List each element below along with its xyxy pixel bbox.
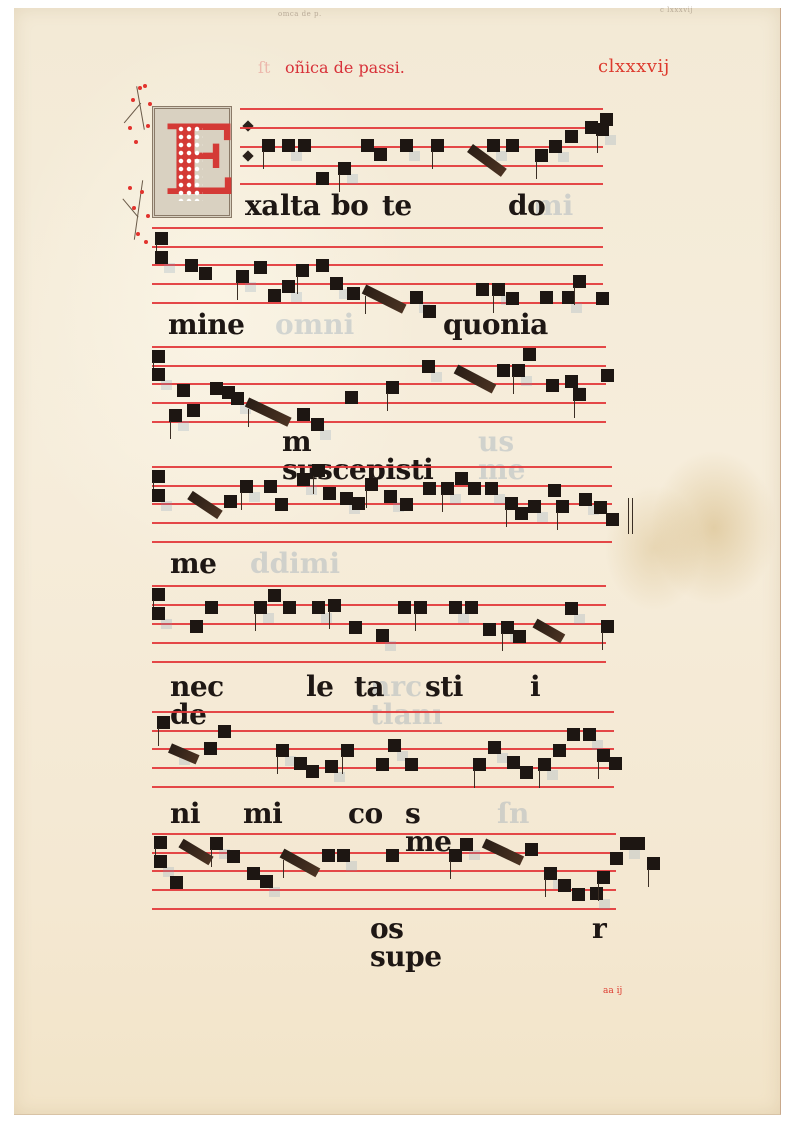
- neume-stem: [277, 756, 278, 774]
- square-neume: [596, 292, 609, 305]
- custos-mark: [628, 498, 633, 534]
- square-neume: [187, 404, 200, 417]
- show-through-neume: [269, 887, 280, 897]
- neume-stem: [255, 613, 256, 631]
- show-through-neume: [249, 492, 260, 502]
- square-neume: [386, 849, 399, 862]
- square-neume: [528, 500, 541, 513]
- square-neume: [349, 621, 362, 634]
- square-neume: [352, 497, 365, 510]
- neume-stem: [263, 151, 264, 169]
- lyric-syllable: sti: [425, 673, 463, 701]
- square-neume: [400, 139, 413, 152]
- square-neume: [275, 498, 288, 511]
- show-through-neume: [347, 174, 358, 184]
- square-neume: [283, 601, 296, 614]
- show-through-neume: [496, 151, 507, 161]
- lyric-syllable: me: [170, 550, 216, 578]
- square-neume: [199, 267, 212, 280]
- neume-stem: [557, 512, 558, 530]
- square-neume: [152, 607, 165, 620]
- show-through-text: us me: [478, 428, 525, 484]
- square-neume: [297, 473, 310, 486]
- square-neume: [506, 139, 519, 152]
- square-neume: [540, 291, 553, 304]
- show-through-neume: [558, 152, 569, 162]
- staff-line: [152, 365, 606, 367]
- square-neume: [506, 292, 519, 305]
- show-through-neume: [521, 376, 532, 386]
- square-neume: [520, 766, 533, 779]
- staff-line: [152, 748, 614, 750]
- neume-stem: [648, 869, 649, 887]
- square-neume: [565, 602, 578, 615]
- square-neume: [609, 757, 622, 770]
- square-neume: [601, 369, 614, 382]
- neume-stem: [415, 613, 416, 631]
- neume-stem: [248, 409, 249, 427]
- neume-stem: [598, 761, 599, 779]
- neume-stem: [536, 161, 537, 179]
- square-neume: [316, 259, 329, 272]
- neume-stem: [513, 376, 514, 394]
- square-neume: [558, 879, 571, 892]
- lyric-syllable: te: [382, 192, 412, 220]
- lyric-syllable: mine: [168, 311, 244, 339]
- square-neume: [572, 888, 585, 901]
- neume-stem: [170, 421, 171, 439]
- lyric-syllable: os supe: [370, 915, 442, 971]
- square-neume: [388, 739, 401, 752]
- show-through-neume: [629, 849, 640, 859]
- square-neume: [282, 139, 295, 152]
- square-neume: [268, 589, 281, 602]
- square-neume: [374, 148, 387, 161]
- square-neume: [476, 283, 489, 296]
- show-through-neume: [178, 421, 189, 431]
- neume-stem: [502, 633, 503, 651]
- square-neume: [565, 375, 578, 388]
- square-neume: [410, 291, 423, 304]
- neume-stem: [597, 135, 598, 153]
- show-through-neume: [574, 614, 585, 624]
- square-neume: [177, 384, 190, 397]
- square-neume: [260, 875, 273, 888]
- neume-stem: [450, 861, 451, 879]
- staff-line: [240, 127, 603, 129]
- square-neume: [264, 480, 277, 493]
- lyric-syllable: do: [508, 192, 545, 220]
- lyric-syllable: le: [306, 673, 333, 701]
- staff-line: [152, 585, 606, 587]
- square-neume: [152, 368, 165, 381]
- show-through-neume: [599, 899, 610, 909]
- neume-stem: [387, 393, 388, 411]
- square-neume: [460, 838, 473, 851]
- neume-stem: [342, 756, 343, 774]
- square-neume: [282, 280, 295, 293]
- show-through-neume: [547, 770, 558, 780]
- square-neume: [322, 849, 335, 862]
- neume-stem: [574, 400, 575, 418]
- neume-stem: [366, 490, 367, 508]
- square-neume: [583, 728, 596, 741]
- staff-line: [240, 183, 603, 185]
- staff-line: [240, 108, 603, 110]
- square-neume: [523, 348, 536, 361]
- staff-line: [152, 421, 606, 423]
- staff-line: [152, 642, 606, 644]
- lyric-syllable: bo: [331, 192, 368, 220]
- show-through-neume: [263, 613, 274, 623]
- square-neume: [204, 742, 217, 755]
- show-through-text: ddimi: [250, 550, 340, 578]
- square-neume: [606, 513, 619, 526]
- square-neume: [565, 130, 578, 143]
- square-neume: [154, 855, 167, 868]
- show-through-neume: [458, 613, 469, 623]
- top-ghost-note-right: c lxxxvij: [660, 6, 693, 14]
- show-through-text: ſn: [497, 800, 529, 828]
- show-through-neume: [291, 151, 302, 161]
- neume-stem: [442, 494, 443, 512]
- staff-line: [152, 302, 603, 304]
- square-neume: [323, 487, 336, 500]
- show-through-neume: [537, 512, 548, 522]
- show-through-neume: [164, 263, 175, 273]
- neume-stem: [158, 728, 159, 746]
- square-neume: [227, 850, 240, 863]
- staff-line: [152, 661, 606, 663]
- square-neume: [224, 495, 237, 508]
- show-through-text: omni: [275, 311, 354, 339]
- square-neume: [485, 482, 498, 495]
- neume-stem: [237, 282, 238, 300]
- square-neume: [507, 756, 520, 769]
- square-neume: [515, 507, 528, 520]
- neume-stem: [211, 849, 212, 867]
- square-neume: [312, 601, 325, 614]
- square-neume: [247, 867, 260, 880]
- square-neume: [155, 251, 168, 264]
- lyric-syllable: quonia: [443, 311, 548, 339]
- show-through-neume: [346, 861, 357, 871]
- lyric-syllable: ni: [170, 800, 200, 828]
- neume-stem: [574, 287, 575, 305]
- show-through-neume: [161, 501, 172, 511]
- neume-stem: [539, 770, 540, 788]
- square-neume: [170, 876, 183, 889]
- square-neume: [548, 484, 561, 497]
- lyric-syllable: r: [592, 915, 606, 943]
- square-neume: [190, 620, 203, 633]
- quire-signature: aa ij: [603, 986, 622, 996]
- staff-line: [152, 786, 614, 788]
- lyric-syllable: lta: [280, 192, 320, 220]
- square-neume: [384, 490, 397, 503]
- staff-line: [152, 466, 612, 468]
- square-neume: [205, 601, 218, 614]
- show-through-neume: [321, 613, 332, 623]
- square-neume: [337, 849, 350, 862]
- show-through-neume: [494, 494, 505, 504]
- square-neume: [465, 601, 478, 614]
- lyric-syllable: xa: [245, 192, 279, 220]
- staff-line: [152, 889, 616, 891]
- square-neume: [553, 744, 566, 757]
- square-neume: [376, 629, 389, 642]
- square-neume: [497, 364, 510, 377]
- neume-stem: [241, 492, 242, 510]
- folio-number: clxxxvij: [598, 56, 670, 77]
- staff-line: [152, 283, 603, 285]
- neume-stem: [598, 883, 599, 901]
- lyric-syllable: s me: [405, 800, 451, 856]
- staff-line: [152, 541, 612, 543]
- lyric-syllable: i: [530, 673, 540, 701]
- square-neume: [549, 140, 562, 153]
- square-neume: [483, 623, 496, 636]
- running-title: oñica de passi.: [285, 58, 405, 77]
- square-neume: [185, 259, 198, 272]
- neume-stem: [297, 276, 298, 294]
- square-neume: [423, 305, 436, 318]
- initial-pattern: [177, 125, 203, 201]
- show-through-neume: [334, 772, 345, 782]
- square-neume: [449, 601, 462, 614]
- square-neume: [268, 289, 281, 302]
- square-neume: [525, 843, 538, 856]
- square-neume: [152, 489, 165, 502]
- staff-line: [152, 711, 614, 713]
- square-neume: [468, 482, 481, 495]
- show-through-neume: [469, 850, 480, 860]
- square-neume: [325, 760, 338, 773]
- staff-line: [152, 503, 612, 505]
- square-neume: [487, 139, 500, 152]
- neume-stem: [313, 476, 314, 494]
- square-neume: [347, 287, 360, 300]
- square-neume: [579, 493, 592, 506]
- show-through-neume: [385, 641, 396, 651]
- neume-stem: [432, 151, 433, 169]
- neume-stem: [365, 296, 366, 314]
- square-neume: [400, 498, 413, 511]
- square-neume: [455, 472, 468, 485]
- neume-stem: [474, 770, 475, 788]
- running-title-ghost: ſt: [258, 58, 270, 77]
- show-through-neume: [306, 485, 317, 495]
- square-neume: [632, 837, 645, 850]
- square-neume: [405, 758, 418, 771]
- staff-line: [152, 908, 616, 910]
- lyric-syllable: co: [348, 800, 383, 828]
- square-neume: [398, 601, 411, 614]
- square-neume: [513, 630, 526, 643]
- square-neume: [330, 277, 343, 290]
- square-neume: [590, 887, 603, 900]
- staff-line: [152, 346, 606, 348]
- square-neume: [345, 391, 358, 404]
- square-neume: [423, 482, 436, 495]
- square-neume: [231, 392, 244, 405]
- square-neume: [297, 408, 310, 421]
- neume-stem: [545, 879, 546, 897]
- square-neume: [546, 379, 559, 392]
- show-through-neume: [431, 372, 442, 382]
- square-neume: [298, 139, 311, 152]
- square-neume: [488, 741, 501, 754]
- square-neume: [316, 172, 329, 185]
- staff-line: [152, 264, 603, 266]
- show-through-neume: [409, 151, 420, 161]
- top-ghost-note-left: omca de p.: [278, 10, 322, 18]
- neume-stem: [506, 509, 507, 527]
- show-through-neume: [450, 494, 461, 504]
- square-neume: [361, 139, 374, 152]
- show-through-neume: [571, 303, 582, 313]
- neume-stem: [283, 860, 284, 878]
- square-neume: [254, 261, 267, 274]
- lyric-syllable: ta: [354, 673, 384, 701]
- staff-line: [152, 227, 603, 229]
- square-neume: [610, 852, 623, 865]
- show-through-neume: [161, 380, 172, 390]
- show-through-neume: [245, 282, 256, 292]
- lyric-syllable: nec de: [170, 673, 224, 729]
- staff-line: [152, 833, 616, 835]
- staff-line: [152, 522, 612, 524]
- neume-stem: [329, 611, 330, 629]
- staff-line: [152, 246, 603, 248]
- square-neume: [422, 360, 435, 373]
- square-neume: [567, 728, 580, 741]
- square-neume: [600, 113, 613, 126]
- staff-line: [240, 165, 603, 167]
- decorated-initial: E: [152, 106, 232, 218]
- staff-line: [152, 604, 606, 606]
- show-through-neume: [605, 135, 616, 145]
- square-neume: [376, 758, 389, 771]
- neume-stem: [602, 632, 603, 650]
- staff-line: [152, 402, 606, 404]
- square-neume: [306, 765, 319, 778]
- staff-line: [152, 485, 612, 487]
- square-neume: [218, 725, 231, 738]
- lyric-syllable: mi: [243, 800, 282, 828]
- show-through-neume: [161, 619, 172, 629]
